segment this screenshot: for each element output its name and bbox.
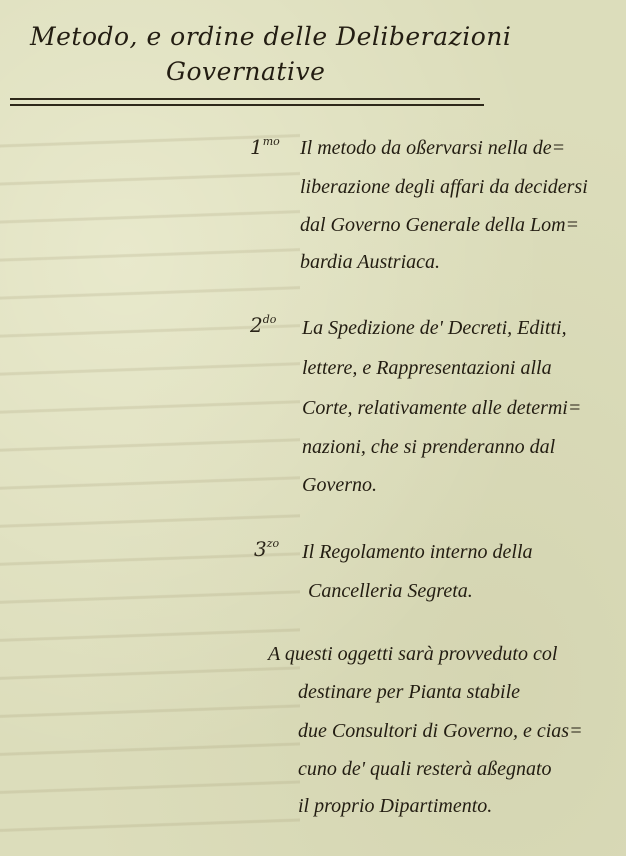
ink-bleed-through <box>0 110 300 850</box>
item-line: dal Governo Generale della Lom= <box>300 214 579 237</box>
title-rule-top <box>10 98 480 100</box>
paragraph-line: A questi oggetti sarà provveduto col <box>268 643 557 666</box>
item-line: bardia Austriaca. <box>300 251 440 274</box>
item-line: liberazione degli affari da decidersi <box>300 176 588 199</box>
title-rule-bottom <box>10 104 484 106</box>
item-line: Il metodo da oßervarsi nella de= <box>300 137 565 160</box>
item-number: 1mo <box>250 135 280 159</box>
item-line: Il Regolamento interno della <box>302 541 533 564</box>
paragraph-line: destinare per Pianta stabile <box>298 681 520 704</box>
item-number: 3zo <box>254 537 279 561</box>
item-line: Corte, relativamente alle determi= <box>302 397 581 420</box>
item-line: nazioni, che si prenderanno dal <box>302 436 555 459</box>
paragraph-line: due Consultori di Governo, e cias= <box>298 720 583 743</box>
item-line: Cancelleria Segreta. <box>308 580 473 603</box>
manuscript-page: Metodo, e ordine delle Deliberazioni Gov… <box>0 0 626 856</box>
title-line-2: Governative <box>166 57 325 86</box>
item-number: 2do <box>250 313 276 337</box>
item-line: Governo. <box>302 474 377 497</box>
item-line: La Spedizione de' Decreti, Editti, <box>302 317 567 340</box>
paragraph-line: il proprio Dipartimento. <box>298 795 492 818</box>
item-line: lettere, e Rappresentazioni alla <box>302 357 552 380</box>
paragraph-line: cuno de' quali resterà aßegnato <box>298 758 552 781</box>
title-line-1: Metodo, e ordine delle Deliberazioni <box>30 22 511 51</box>
